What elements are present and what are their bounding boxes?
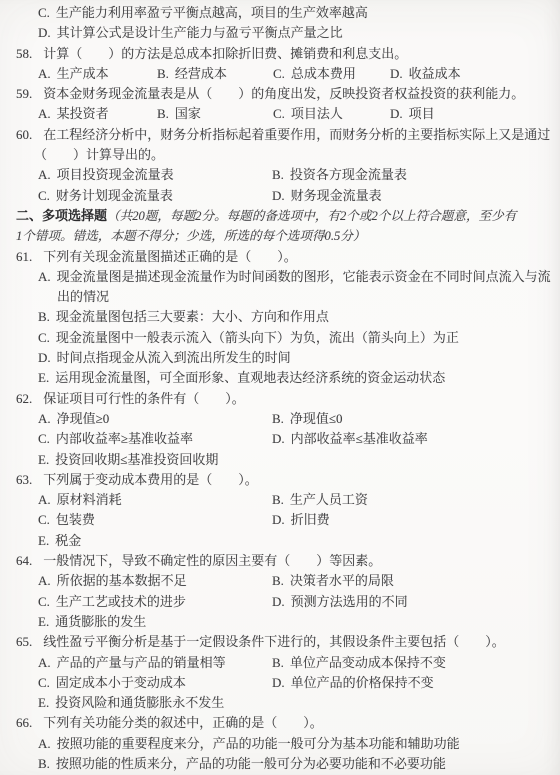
option-text: 生产工艺或技术的进步	[56, 594, 186, 609]
option-text: 投资各方现金流量表	[290, 167, 407, 182]
question-number: 65.	[16, 634, 32, 649]
option-a: A.所依据的基本数据不足	[38, 571, 272, 591]
option-a: A.原材料消耗	[38, 490, 272, 510]
option-b: B.净现值≤0	[272, 409, 560, 429]
option-text: 通货膨胀的发生	[55, 614, 146, 629]
carryover-option-d: D.其计算公式是设计生产能力与盈亏平衡点产量之比	[0, 23, 560, 43]
question-stem-text: 资本金财务现金流量表是从（ ）的角度出发，反映投资者权益投资的获利能力。	[43, 86, 524, 101]
option-d: D.项目	[390, 104, 560, 124]
option-label: B.	[38, 309, 50, 324]
option-c: C.固定成本小于变动成本	[38, 673, 272, 693]
option-b: B.投资各方现金流量表	[272, 165, 560, 185]
option-a: A.产品的产量与产品的销量相等	[38, 653, 272, 673]
q62-options-row3: E.投资回收期≤基准投资回收期	[0, 450, 560, 470]
q66-option-b: B.按照功能的性质来分，产品的功能一般可分为必要功能和不必要功能	[0, 754, 560, 774]
option-text: 包装费	[56, 512, 95, 527]
question-stem-text: 下列有关功能分类的叙述中，正确的是（ ）。	[43, 715, 323, 730]
q61-option-b: B.现金流量图包括三大要素：大小、方向和作用点	[0, 307, 560, 327]
question-stem-text: 一般情况下，导致不确定性的原因主要有（ ）等因素。	[43, 553, 381, 568]
option-label: E.	[38, 452, 49, 467]
question-number: 59.	[16, 86, 32, 101]
option-label: B.	[157, 106, 169, 121]
q63-stem: 63.下列属于变动成本费用的是（ ）。	[0, 470, 560, 490]
q61-option-e: E.运用现金流量图，可全面形象、直观地表达经济系统的资金运动状态	[0, 368, 560, 388]
option-text: 净现值≤0	[290, 411, 343, 426]
q62-options-row1: A.净现值≥0 B.净现值≤0	[0, 409, 560, 429]
option-label: C.	[38, 675, 50, 690]
option-text: 投资回收期≤基准投资回收期	[55, 452, 218, 467]
q59-stem: 59.资本金财务现金流量表是从（ ）的角度出发，反映投资者权益投资的获利能力。	[0, 84, 560, 104]
option-e: E.通货膨胀的发生	[38, 612, 272, 632]
option-text: 单位产品的价格保持不变	[291, 675, 434, 690]
option-label: B.	[272, 411, 284, 426]
q60-options-row1: A.项目投资现金流量表 B.投资各方现金流量表	[0, 165, 560, 185]
q63-options-row1: A.原材料消耗 B.生产人员工资	[0, 490, 560, 510]
option-label: D.	[38, 25, 51, 40]
option-label: A.	[38, 106, 51, 121]
q60-stem-line1: 60.在工程经济分析中，财务分析指标起着重要作用，而财务分析的主要指标实际上又是…	[0, 125, 560, 145]
option-b: B.单位产品变动成本保持不变	[272, 653, 560, 673]
option-text: 内部收益率≤基准收益率	[291, 431, 428, 446]
option-label: E.	[38, 614, 49, 629]
q61-option-a-line1: A.现金流量图是描述现金流量作为时间函数的图形，它能表示资金在不同时间点流入与流	[0, 267, 560, 287]
option-text: 现金流量图中一般表示流入（箭头向下）为负，流出（箭头向上）为正	[56, 330, 459, 345]
option-b: B.决策者水平的局限	[272, 571, 560, 591]
option-label: C.	[38, 512, 50, 527]
question-number: 62.	[16, 391, 32, 406]
section-2-header-line2: 1个错项。错选，本题不得分；少选，所选的每个选项得0.5分）	[0, 226, 560, 246]
option-d: D.预测方法选用的不同	[272, 592, 560, 612]
option-label: A.	[38, 66, 51, 81]
option-label: B.	[272, 167, 284, 182]
option-text: 项目法人	[291, 106, 343, 121]
section-instructions: （共20题，每题2分。每题的备选项中，有2个或2个以上符合题意，至少有	[107, 209, 516, 223]
option-text: 原材料消耗	[57, 492, 122, 507]
option-c: C.内部收益率≥基准收益率	[38, 429, 272, 449]
option-label: D.	[272, 431, 285, 446]
option-e: E.税金	[38, 531, 272, 551]
option-d: D.收益成本	[390, 64, 560, 84]
q62-stem: 62.保证项目可行性的条件有（ ）。	[0, 389, 560, 409]
option-label: A.	[38, 269, 51, 284]
option-label: E.	[38, 370, 49, 385]
option-label: A.	[38, 736, 51, 751]
option-text: 所依据的基本数据不足	[57, 573, 187, 588]
question-stem-text: 计算（ ）的方法是总成本扣除折旧费、摊销费和利息支出。	[43, 46, 407, 61]
q64-options-row3: E.通货膨胀的发生	[0, 612, 560, 632]
option-label: D.	[38, 350, 51, 365]
option-label: B.	[272, 655, 284, 670]
section-title: 二、多项选择题	[16, 208, 107, 223]
option-label: C.	[38, 5, 50, 20]
option-c: C.生产工艺或技术的进步	[38, 592, 272, 612]
option-label: B.	[272, 573, 284, 588]
q66-stem: 66.下列有关功能分类的叙述中，正确的是（ ）。	[0, 713, 560, 733]
q60-stem-line2: （ ）计算导出的。	[0, 145, 560, 165]
question-number: 66.	[16, 715, 32, 730]
q63-options-row3: E.税金	[0, 531, 560, 551]
option-text: 项目	[409, 106, 435, 121]
option-d: D.财务现金流量表	[272, 186, 560, 206]
q65-stem: 65.线性盈亏平衡分析是基于一定假设条件下进行的，其假设条件主要包括（ ）。	[0, 632, 560, 652]
question-stem-text: 保证项目可行性的条件有（ ）。	[43, 391, 245, 406]
option-text: 生产能力利用率盈亏平衡点越高，项目的生产效率越高	[56, 5, 368, 20]
option-text: 产品的产量与产品的销量相等	[57, 655, 226, 670]
option-text: 现金流量图是描述现金流量作为时间函数的图形，它能表示资金在不同时间点流入与流	[57, 269, 551, 284]
question-number: 63.	[16, 472, 32, 487]
option-c: C.总成本费用	[273, 64, 390, 84]
option-label: D.	[390, 66, 403, 81]
option-c: C.财务计划现金流量表	[38, 186, 272, 206]
section-2-header: 二、多项选择题（共20题，每题2分。每题的备选项中，有2个或2个以上符合题意，至…	[0, 206, 560, 226]
option-a: A.生产成本	[38, 64, 157, 84]
question-number: 58.	[16, 46, 32, 61]
option-text: 生产成本	[57, 66, 109, 81]
carryover-option-c: C.生产能力利用率盈亏平衡点越高，项目的生产效率越高	[0, 3, 560, 23]
option-text: 运用现金流量图，可全面形象、直观地表达经济系统的资金运动状态	[55, 370, 445, 385]
option-label: C.	[38, 431, 50, 446]
q60-options-row2: C.财务计划现金流量表 D.财务现金流量表	[0, 186, 560, 206]
option-text: 总成本费用	[291, 66, 356, 81]
option-label: B.	[272, 492, 284, 507]
q58-stem: 58.计算（ ）的方法是总成本扣除折旧费、摊销费和利息支出。	[0, 44, 560, 64]
option-text: 折旧费	[291, 512, 330, 527]
option-a: A.净现值≥0	[38, 409, 272, 429]
option-label: C.	[273, 106, 285, 121]
option-text: 国家	[175, 106, 201, 121]
option-label: D.	[272, 188, 285, 203]
option-text: 净现值≥0	[57, 411, 110, 426]
option-text: 某投资者	[57, 106, 109, 121]
option-text: 项目投资现金流量表	[57, 167, 174, 182]
q59-options: A.某投资者 B.国家 C.项目法人 D.项目	[0, 104, 560, 124]
q65-options-row1: A.产品的产量与产品的销量相等 B.单位产品变动成本保持不变	[0, 653, 560, 673]
option-label: D.	[272, 512, 285, 527]
option-a: A.某投资者	[38, 104, 157, 124]
question-stem-text: 下列有关现金流量图描述正确的是（ ）。	[43, 249, 297, 264]
option-e: E.投资风险和通货膨胀永不发生	[38, 693, 272, 713]
question-stem-text: 下列属于变动成本费用的是（ ）。	[43, 472, 258, 487]
option-label: D.	[390, 106, 403, 121]
option-text: 财务计划现金流量表	[56, 188, 173, 203]
option-text: 财务现金流量表	[291, 188, 382, 203]
option-text: 按照功能的重要程度来分，产品的功能一般可分为基本功能和辅助功能	[57, 736, 460, 751]
q61-option-a-line2: 出的情况	[0, 287, 560, 307]
exam-paper-page: C.生产能力利用率盈亏平衡点越高，项目的生产效率越高 D.其计算公式是设计生产能…	[0, 0, 560, 775]
q64-options-row1: A.所依据的基本数据不足 B.决策者水平的局限	[0, 571, 560, 591]
q65-options-row3: E.投资风险和通货膨胀永不发生	[0, 693, 560, 713]
q64-options-row2: C.生产工艺或技术的进步 D.预测方法选用的不同	[0, 592, 560, 612]
option-label: D.	[272, 594, 285, 609]
question-stem-text: 在工程经济分析中，财务分析指标起着重要作用，而财务分析的主要指标实际上又是通过	[43, 127, 550, 142]
option-label: E.	[38, 695, 49, 710]
option-label: B.	[157, 66, 169, 81]
q61-option-d: D.时间点指现金从流入到流出所发生的时间	[0, 348, 560, 368]
option-text: 内部收益率≥基准收益率	[56, 431, 193, 446]
option-text: 经营成本	[175, 66, 227, 81]
option-b: B.国家	[157, 104, 273, 124]
option-text: 现金流量图包括三大要素：大小、方向和作用点	[56, 309, 329, 324]
option-text: 其计算公式是设计生产能力与盈亏平衡点产量之比	[57, 25, 343, 40]
question-number: 60.	[16, 127, 32, 142]
q66-option-a: A.按照功能的重要程度来分，产品的功能一般可分为基本功能和辅助功能	[0, 734, 560, 754]
option-label: D.	[272, 675, 285, 690]
option-c: C.包装费	[38, 510, 272, 530]
option-text: 按照功能的性质来分，产品的功能一般可分为必要功能和不必要功能	[56, 756, 446, 771]
q61-stem: 61.下列有关现金流量图描述正确的是（ ）。	[0, 247, 560, 267]
option-text: 生产人员工资	[290, 492, 368, 507]
q61-option-c: C.现金流量图中一般表示流入（箭头向下）为负，流出（箭头向上）为正	[0, 328, 560, 348]
option-d: D.单位产品的价格保持不变	[272, 673, 560, 693]
option-text: 决策者水平的局限	[290, 573, 394, 588]
q64-stem: 64.一般情况下，导致不确定性的原因主要有（ ）等因素。	[0, 551, 560, 571]
option-label: A.	[38, 411, 51, 426]
option-label: A.	[38, 573, 51, 588]
question-number: 64.	[16, 553, 32, 568]
option-label: B.	[38, 756, 50, 771]
option-label: A.	[38, 492, 51, 507]
option-text: 单位产品变动成本保持不变	[290, 655, 446, 670]
option-label: C.	[38, 330, 50, 345]
option-text: 投资风险和通货膨胀永不发生	[55, 695, 224, 710]
q62-options-row2: C.内部收益率≥基准收益率 D.内部收益率≤基准收益率	[0, 429, 560, 449]
option-label: C.	[38, 188, 50, 203]
option-c: C.项目法人	[273, 104, 390, 124]
option-text: 时间点指现金从流入到流出所发生的时间	[57, 350, 291, 365]
option-label: E.	[38, 533, 49, 548]
option-text: 固定成本小于变动成本	[56, 675, 186, 690]
option-label: A.	[38, 167, 51, 182]
option-text: 预测方法选用的不同	[291, 594, 408, 609]
q63-options-row2: C.包装费 D.折旧费	[0, 510, 560, 530]
option-d: D.内部收益率≤基准收益率	[272, 429, 560, 449]
option-label: C.	[38, 594, 50, 609]
question-number: 61.	[16, 249, 32, 264]
option-e: E.投资回收期≤基准投资回收期	[38, 450, 272, 470]
option-b: B.生产人员工资	[272, 490, 560, 510]
option-d: D.折旧费	[272, 510, 560, 530]
option-label: A.	[38, 655, 51, 670]
q58-options: A.生产成本 B.经营成本 C.总成本费用 D.收益成本	[0, 64, 560, 84]
option-text: 税金	[55, 533, 81, 548]
option-label: C.	[273, 66, 285, 81]
option-text: 收益成本	[409, 66, 461, 81]
q65-options-row2: C.固定成本小于变动成本 D.单位产品的价格保持不变	[0, 673, 560, 693]
option-a: A.项目投资现金流量表	[38, 165, 272, 185]
question-stem-text: 线性盈亏平衡分析是基于一定假设条件下进行的，其假设条件主要包括（ ）。	[43, 634, 505, 649]
option-b: B.经营成本	[157, 64, 273, 84]
